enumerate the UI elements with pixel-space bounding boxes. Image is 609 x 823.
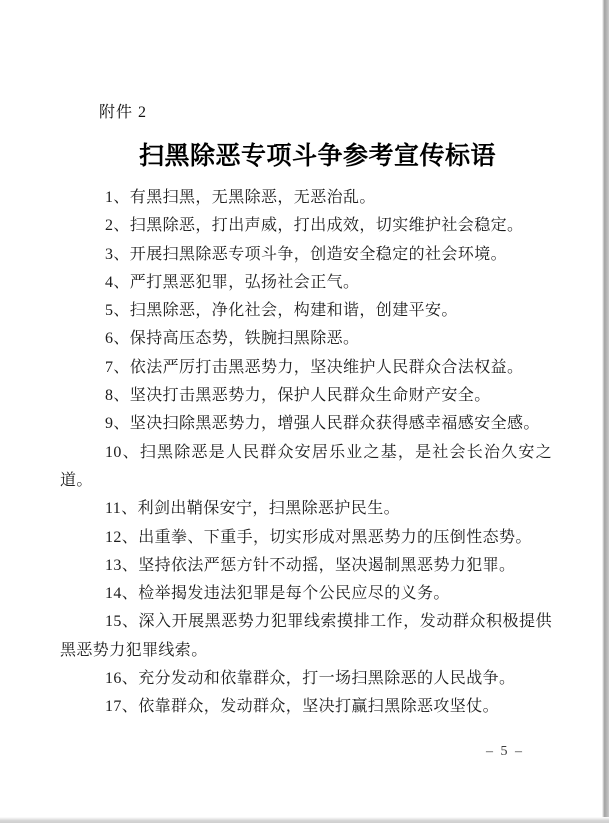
slogan-item: 6、保持高压态势，铁腕扫黑除恶。 (60, 325, 552, 353)
slogan-item: 16、充分发动和依靠群众，打一场扫黑除恶的人民战争。 (60, 665, 552, 693)
document-title: 扫黑除恶专项斗争参考宣传标语 (30, 141, 605, 173)
scan-edge-bottom-band (0, 817, 609, 823)
slogan-item: 8、坚决打击黑恶势力，保护人民群众生命财产安全。 (60, 382, 552, 410)
slogan-item: 1、有黑扫黑，无黑除恶，无恶治乱。 (60, 184, 552, 212)
slogan-item: 11、利剑出鞘保安宁，扫黑除恶护民生。 (60, 495, 552, 523)
slogan-item: 10、扫黑除恶是人民群众安居乐业之基，是社会长治久安之道。 (60, 439, 552, 496)
slogan-list: 1、有黑扫黑，无黑除恶，无恶治乱。 2、扫黑除恶，打出声威，打出成效，切实维护社… (60, 184, 552, 722)
slogan-item: 17、依靠群众，发动群众，坚决打赢扫黑除恶攻坚仗。 (60, 693, 552, 721)
slogan-item: 7、依法严厉打击黑恶势力，坚决维护人民群众合法权益。 (60, 354, 552, 382)
slogan-item: 3、开展扫黑除恶专项斗争，创造安全稳定的社会环境。 (60, 241, 552, 269)
slogan-item: 15、深入开展黑恶势力犯罪线索摸排工作，发动群众积极提供黑恶势力犯罪线索。 (60, 608, 552, 665)
attachment-label: 附件 2 (99, 103, 147, 123)
scanned-document-page: 附件 2 扫黑除恶专项斗争参考宣传标语 1、有黑扫黑，无黑除恶，无恶治乱。 2、… (0, 0, 609, 823)
scan-edge-right-band (602, 0, 609, 823)
slogan-item: 9、坚决扫除黑恶势力，增强人民群众获得感幸福感安全感。 (60, 410, 552, 438)
slogan-item: 14、检举揭发违法犯罪是每个公民应尽的义务。 (60, 580, 552, 608)
slogan-item: 12、出重拳、下重手，切实形成对黑恶势力的压倒性态势。 (60, 524, 552, 552)
slogan-item: 13、坚持依法严惩方针不动摇，坚决遏制黑恶势力犯罪。 (60, 552, 552, 580)
slogan-item: 5、扫黑除恶，净化社会，构建和谐，创建平安。 (60, 297, 552, 325)
slogan-item: 4、严打黑恶犯罪，弘扬社会正气。 (60, 269, 552, 297)
slogan-item: 2、扫黑除恶，打出声威，打出成效，切实维护社会稳定。 (60, 212, 552, 240)
page-number: – 5 – (486, 743, 556, 761)
